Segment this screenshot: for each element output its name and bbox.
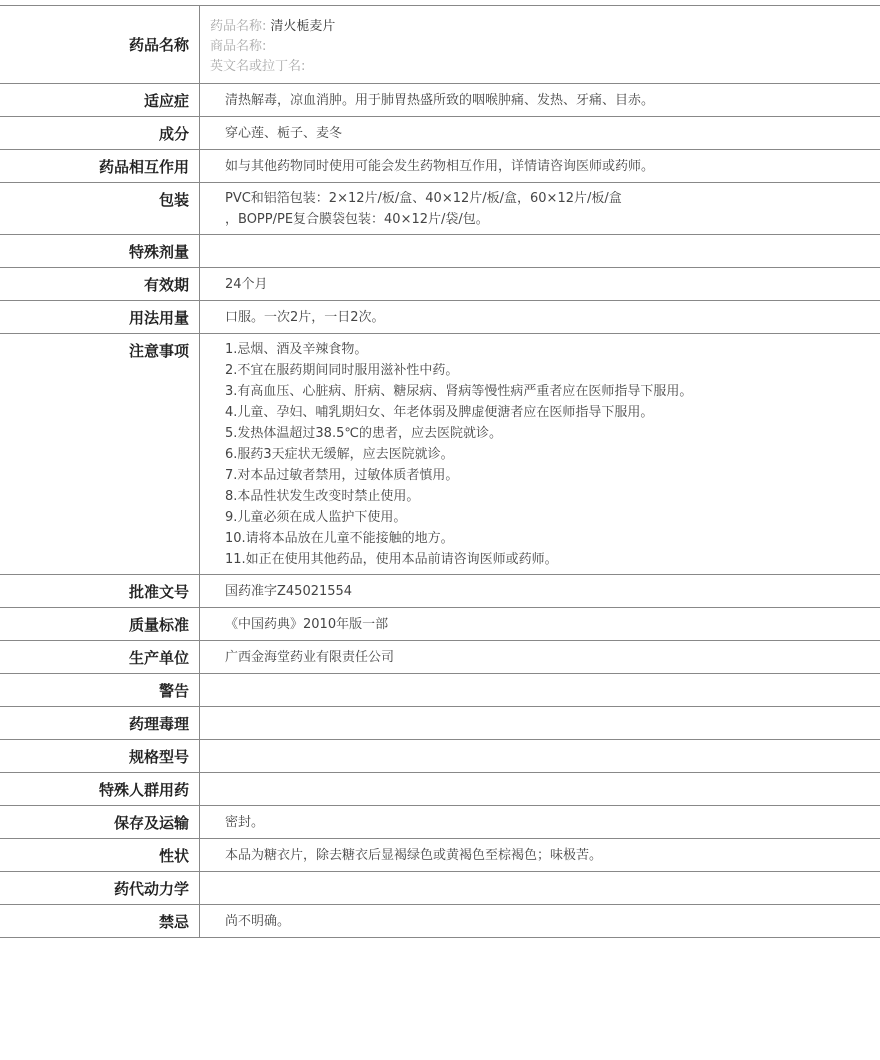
value-pharmacology [200,707,880,740]
row-interactions: 药品相互作用如与其他药物同时使用可能会发生药物相互作用，详情请咨询医师或药师。 [0,150,880,183]
label-manufacturer: 生产单位 [0,641,200,674]
value-pharmacokinetics [200,872,880,905]
row-quality-standard: 质量标准《中国药典》2010年版一部 [0,608,880,641]
value-precautions: 1.忌烟、酒及辛辣食物。 2.不宜在服药期间同时服用滋补性中药。 3.有高血压、… [200,334,880,575]
label-special-populations: 特殊人群用药 [0,773,200,806]
label-quality-standard: 质量标准 [0,608,200,641]
precaution-item: 5.发热体温超过38.5℃的患者，应去医院就诊。 [225,423,880,444]
label-precautions: 注意事项 [0,334,200,575]
value-approval-number: 国药准字Z45021554 [200,575,880,608]
precaution-item: 2.不宜在服药期间同时服用滋补性中药。 [225,360,880,381]
label-warning: 警告 [0,674,200,707]
value-interactions: 如与其他药物同时使用可能会发生药物相互作用，详情请咨询医师或药师。 [200,150,880,183]
label-description: 性状 [0,839,200,872]
row-storage: 保存及运输密封。 [0,806,880,839]
row-description: 性状本品为糖衣片，除去糖衣后显褐绿色或黄褐色至棕褐色；味极苦。 [0,839,880,872]
value-special-populations [200,773,880,806]
precaution-item: 3.有高血压、心脏病、肝病、糖尿病、肾病等慢性病严重者应在医师指导下服用。 [225,381,880,402]
drug-name-cell: 药品名称:清火栀麦片 商品名称: 英文名或拉丁名: [200,6,880,84]
label-special-dosage: 特殊剂量 [0,235,200,268]
row-warning: 警告 [0,674,880,707]
label-contraindications: 禁忌 [0,905,200,938]
value-specification [200,740,880,773]
value-shelf-life: 24个月 [200,268,880,301]
row-specification: 规格型号 [0,740,880,773]
value-dosage: 口服。一次2片，一日2次。 [200,301,880,334]
row-shelf-life: 有效期24个月 [0,268,880,301]
value-contraindications: 尚不明确。 [200,905,880,938]
value-indications: 清热解毒，凉血消肿。用于肺胃热盛所致的咽喉肿痛、发热、牙痛、目赤。 [200,84,880,117]
row-special-populations: 特殊人群用药 [0,773,880,806]
label-indications: 适应症 [0,84,200,117]
precaution-item: 11.如正在使用其他药品，使用本品前请咨询医师或药师。 [225,549,880,570]
trade-name-line: 商品名称: [210,37,880,57]
label-drug-name: 药品名称 [0,6,200,84]
generic-name-line: 药品名称:清火栀麦片 [210,17,880,37]
generic-name-key: 药品名称: [210,19,266,34]
precaution-item: 8.本品性状发生改变时禁止使用。 [225,486,880,507]
packaging-line: ，BOPP/PE复合膜袋包装：40×12片/袋/包。 [225,209,880,230]
value-special-dosage [200,235,880,268]
precaution-item: 1.忌烟、酒及辛辣食物。 [225,339,880,360]
precaution-item: 10.请将本品放在儿童不能接触的地方。 [225,528,880,549]
label-shelf-life: 有效期 [0,268,200,301]
row-drug-name: 药品名称 药品名称:清火栀麦片 商品名称: 英文名或拉丁名: [0,6,880,84]
row-pharmacology: 药理毒理 [0,707,880,740]
value-manufacturer: 广西金海堂药业有限责任公司 [200,641,880,674]
label-packaging: 包装 [0,183,200,235]
label-specification: 规格型号 [0,740,200,773]
label-interactions: 药品相互作用 [0,150,200,183]
value-ingredients: 穿心莲、栀子、麦冬 [200,117,880,150]
value-description: 本品为糖衣片，除去糖衣后显褐绿色或黄褐色至棕褐色；味极苦。 [200,839,880,872]
label-ingredients: 成分 [0,117,200,150]
row-ingredients: 成分穿心莲、栀子、麦冬 [0,117,880,150]
precaution-item: 4.儿童、孕妇、哺乳期妇女、年老体弱及脾虚便溏者应在医师指导下服用。 [225,402,880,423]
label-pharmacology: 药理毒理 [0,707,200,740]
row-packaging: 包装 PVC和铝箔包装：2×12片/板/盒、40×12片/板/盒，60×12片/… [0,183,880,235]
row-special-dosage: 特殊剂量 [0,235,880,268]
label-dosage: 用法用量 [0,301,200,334]
row-approval-number: 批准文号国药准字Z45021554 [0,575,880,608]
generic-name-value: 清火栀麦片 [270,19,335,34]
row-dosage: 用法用量口服。一次2片，一日2次。 [0,301,880,334]
row-manufacturer: 生产单位广西金海堂药业有限责任公司 [0,641,880,674]
packaging-line: PVC和铝箔包装：2×12片/板/盒、40×12片/板/盒，60×12片/板/盒 [225,188,880,209]
english-name-line: 英文名或拉丁名: [210,57,880,77]
value-warning [200,674,880,707]
value-quality-standard: 《中国药典》2010年版一部 [200,608,880,641]
row-pharmacokinetics: 药代动力学 [0,872,880,905]
value-packaging: PVC和铝箔包装：2×12片/板/盒、40×12片/板/盒，60×12片/板/盒… [200,183,880,235]
value-storage: 密封。 [200,806,880,839]
precaution-item: 9.儿童必须在成人监护下使用。 [225,507,880,528]
trade-name-key: 商品名称: [210,39,266,54]
precaution-item: 6.服药3天症状无缓解，应去医院就诊。 [225,444,880,465]
row-precautions: 注意事项 1.忌烟、酒及辛辣食物。 2.不宜在服药期间同时服用滋补性中药。 3.… [0,334,880,575]
label-approval-number: 批准文号 [0,575,200,608]
english-name-key: 英文名或拉丁名: [210,59,305,74]
label-pharmacokinetics: 药代动力学 [0,872,200,905]
label-storage: 保存及运输 [0,806,200,839]
row-indications: 适应症清热解毒，凉血消肿。用于肺胃热盛所致的咽喉肿痛、发热、牙痛、目赤。 [0,84,880,117]
precaution-item: 7.对本品过敏者禁用，过敏体质者慎用。 [225,465,880,486]
drug-spec-table: 药品名称 药品名称:清火栀麦片 商品名称: 英文名或拉丁名: 适应症清热解毒，凉… [0,5,880,938]
row-contraindications: 禁忌尚不明确。 [0,905,880,938]
